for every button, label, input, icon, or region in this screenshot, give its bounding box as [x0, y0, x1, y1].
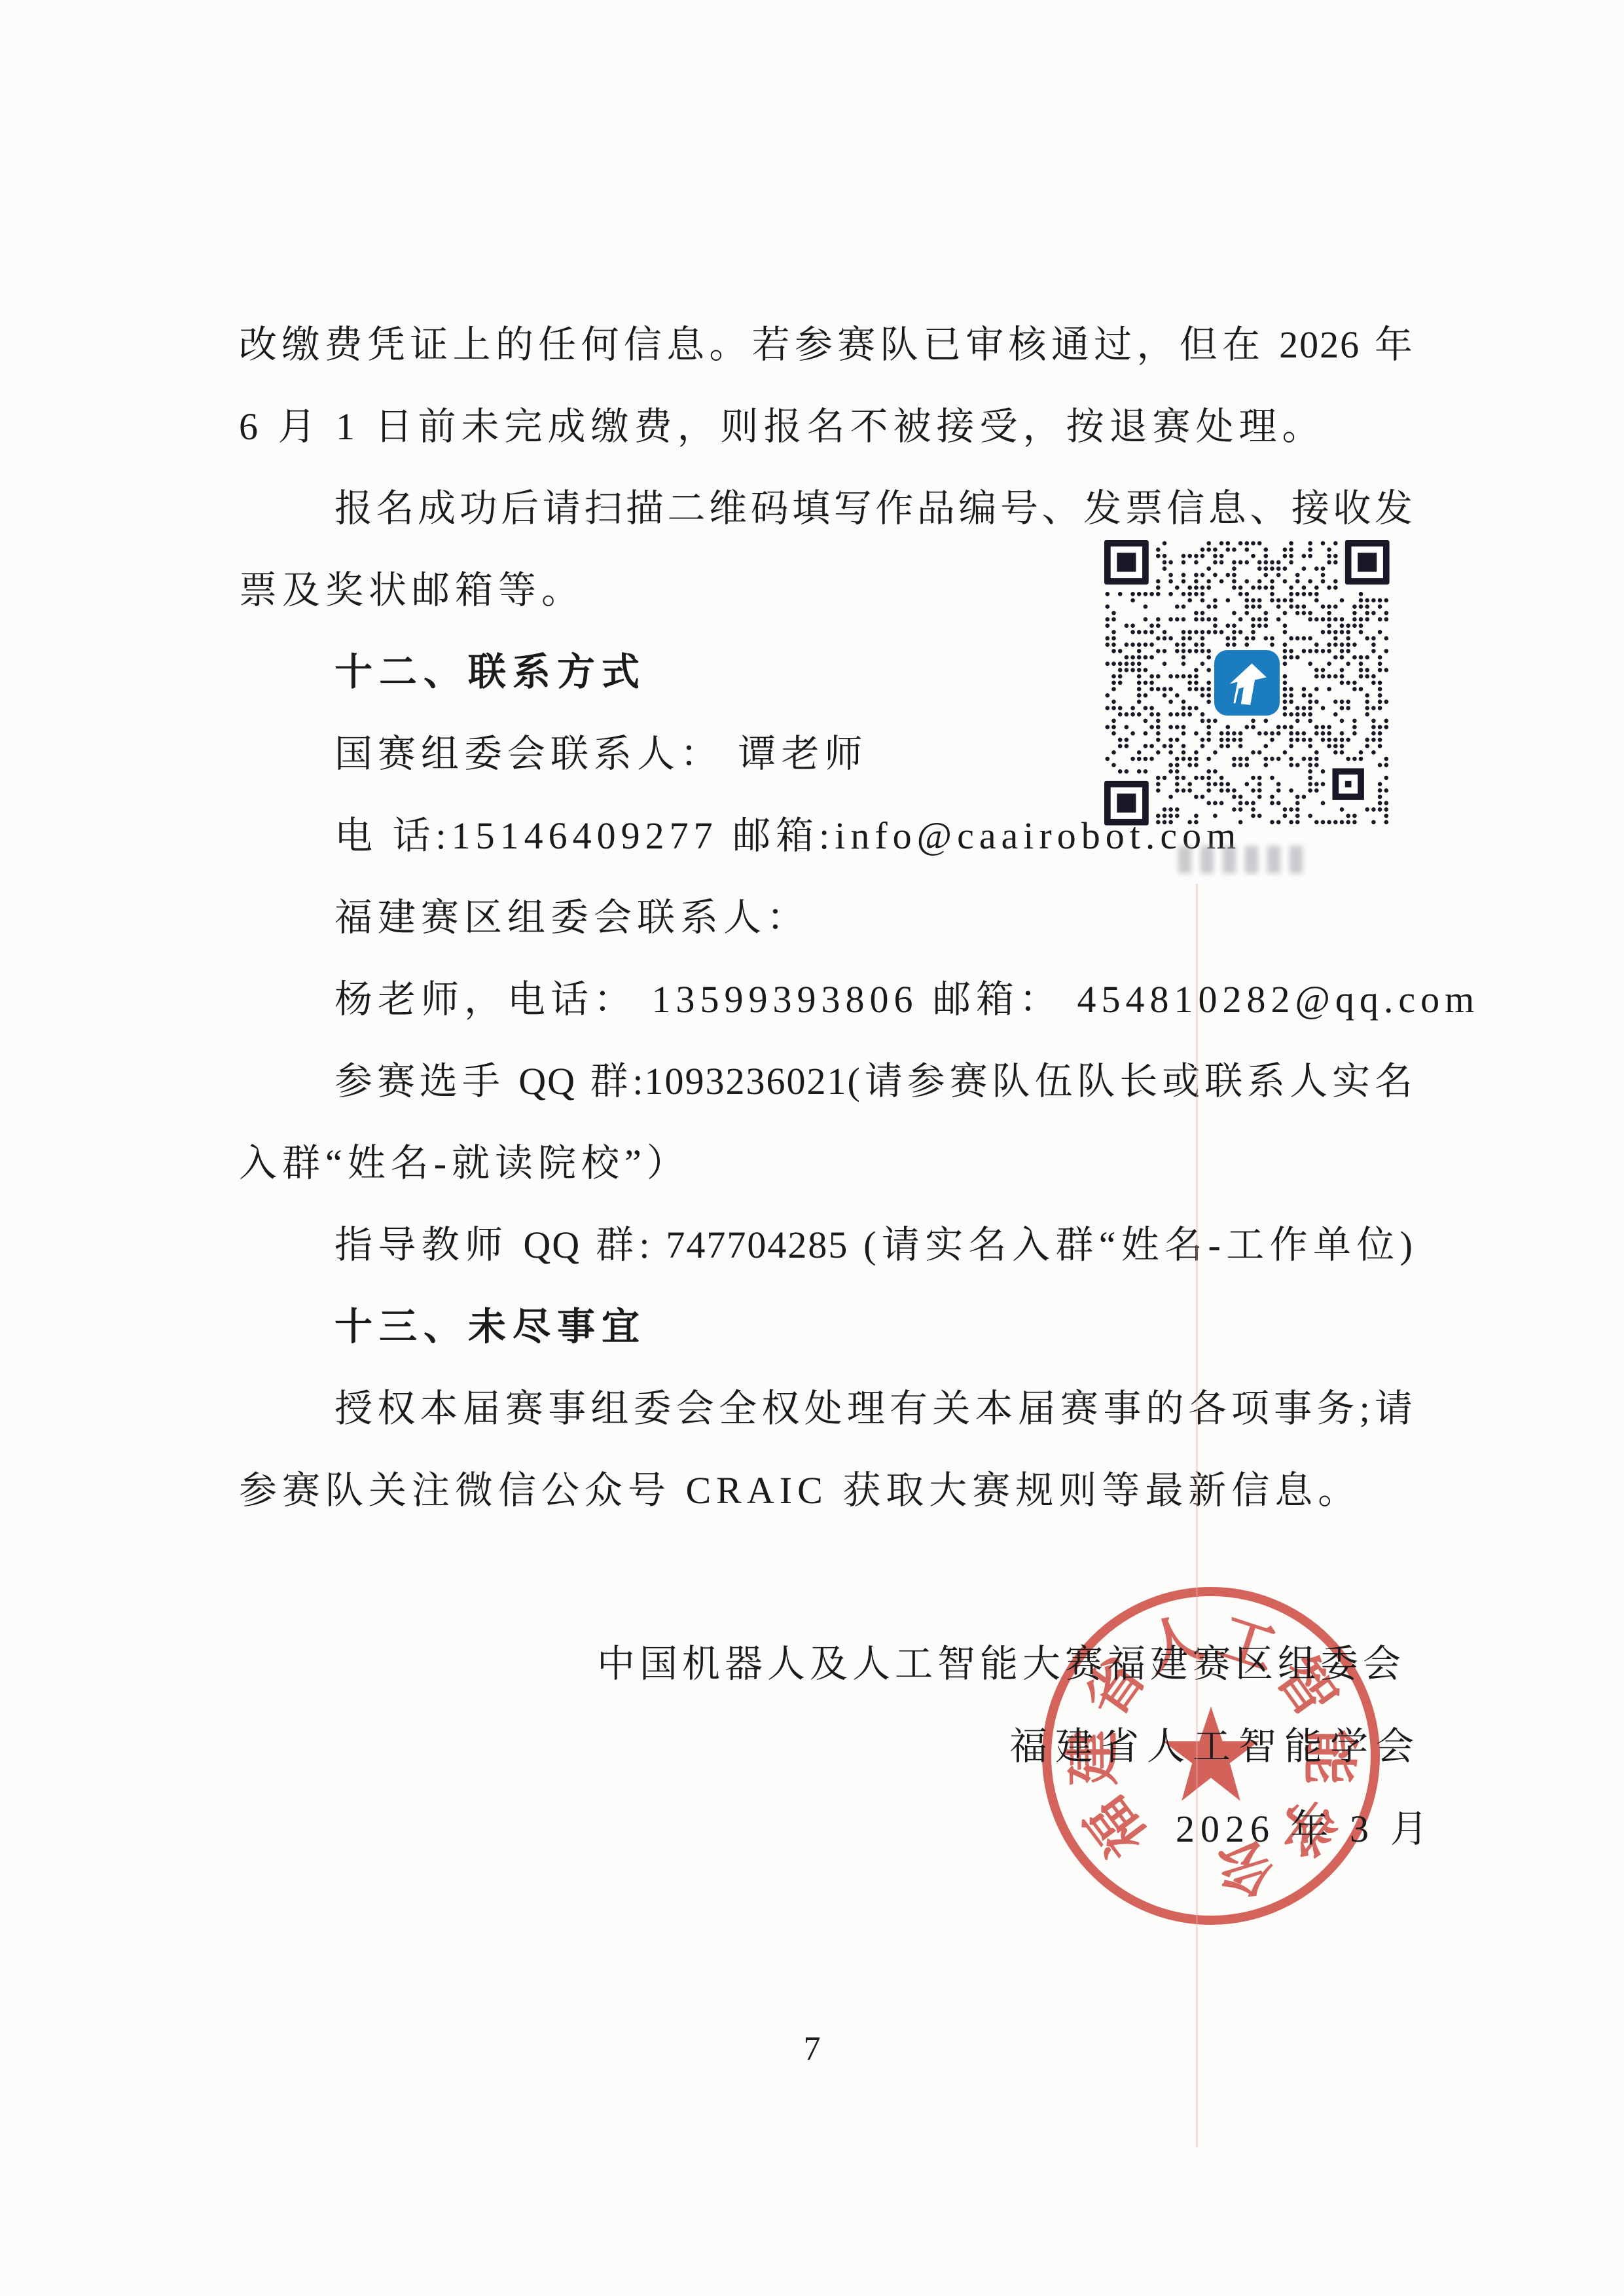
- arrow-icon: [1228, 661, 1268, 706]
- signature-date: 2026 年 3 月: [1176, 1799, 1434, 1859]
- scan-smudge-artifact: [1178, 846, 1306, 873]
- document-line: 授权本届赛事组委会全权处理有关本届赛事的各项事务;请: [239, 1368, 1414, 1449]
- document-line: 指导教师 QQ 群: 747704285 (请实名入群“姓名-工作单位): [239, 1204, 1414, 1286]
- section-heading: 十三、未尽事宜: [239, 1286, 1414, 1368]
- scanned-document-page: 改缴费凭证上的任何信息。若参赛队已审核通过，但在 2026 年6 月 1 日前未…: [0, 0, 1624, 2296]
- signature-org-regional: 中国机器人及人工智能大赛福建赛区组委会: [597, 1634, 1405, 1694]
- document-line: 6 月 1 日前未完成缴费，则报名不被接受，按退赛处理。: [239, 386, 1414, 467]
- signature-org-society: 福建省人工智能学会: [1009, 1717, 1422, 1777]
- document-line: 参赛队关注微信公众号 CRAIC 获取大赛规则等最新信息。: [239, 1449, 1414, 1531]
- registration-qr-code: [1104, 540, 1390, 827]
- document-line: 参赛选手 QQ 群:1093236021(请参赛队伍队长或联系人实名: [239, 1040, 1414, 1122]
- scan-fold-line-artifact: [1196, 884, 1198, 2147]
- document-line: 杨老师，电话： 13599393806 邮箱： 454810282@qq.com: [239, 958, 1414, 1040]
- body-lines: 改缴费凭证上的任何信息。若参赛队已审核通过，但在 2026 年6 月 1 日前未…: [239, 304, 1414, 1531]
- qr-center-arrow-logo-icon: [1214, 650, 1280, 716]
- document-line: 福建赛区组委会联系人：: [239, 877, 1414, 958]
- document-line: 报名成功后请扫描二维码填写作品编号、发票信息、接收发: [239, 467, 1414, 549]
- document-line: 改缴费凭证上的任何信息。若参赛队已审核通过，但在 2026 年: [239, 304, 1414, 386]
- page-number: 7: [0, 2026, 1624, 2072]
- document-line: 入群“姓名-就读院校”）: [239, 1122, 1414, 1204]
